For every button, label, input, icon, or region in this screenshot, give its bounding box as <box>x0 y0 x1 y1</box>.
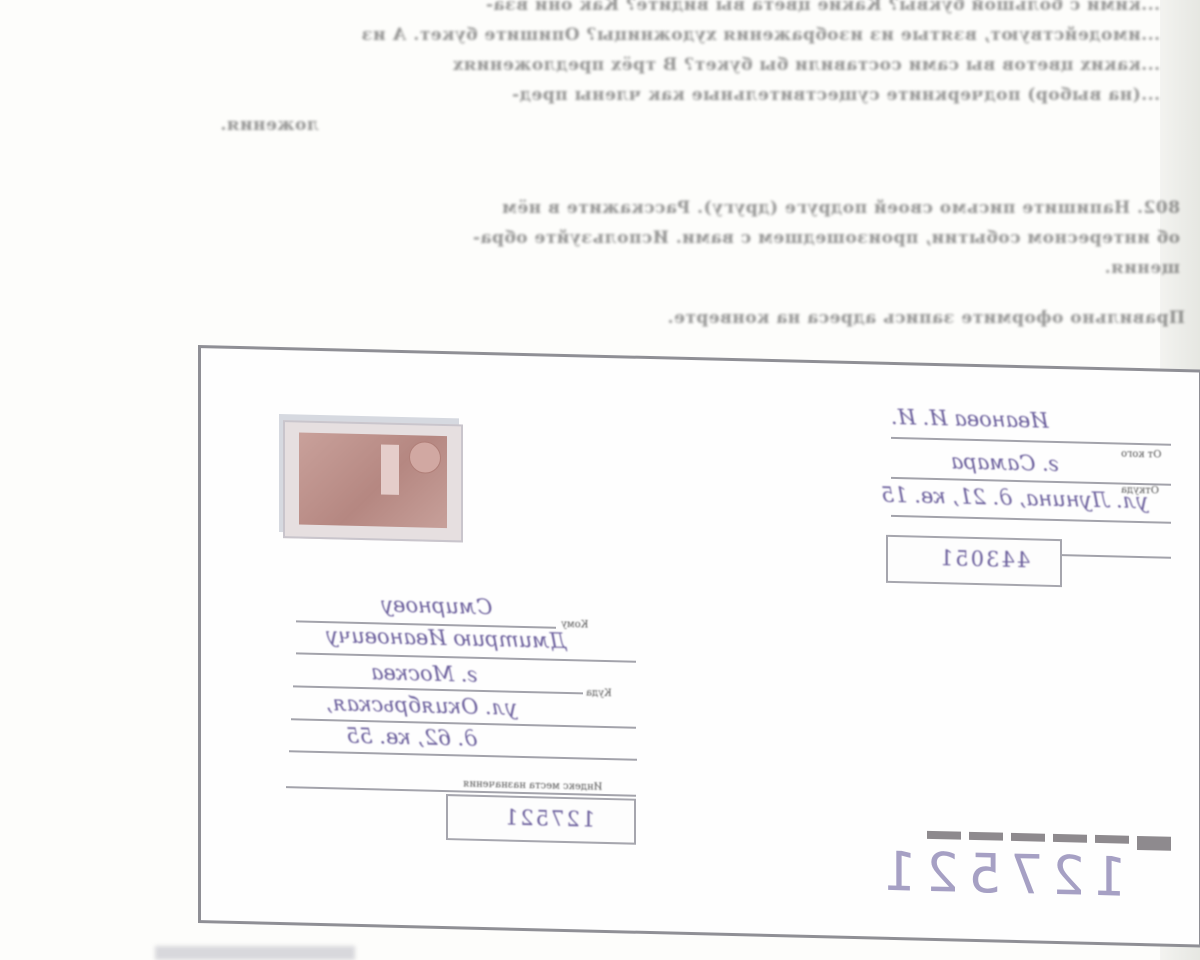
postage-stamp <box>283 420 463 542</box>
recipient-city: г. Москва <box>371 660 478 687</box>
stamp-image <box>299 432 447 528</box>
recipient-house: д. 62, кв. 55 <box>346 724 478 751</box>
sender-postcode-box: 443051 <box>886 535 1062 587</box>
footer-text-fragment <box>155 946 355 960</box>
exercise-number: 802 <box>1143 198 1180 218</box>
stamp-tower-graphic <box>381 444 399 494</box>
postcode-stencil: 1 2 7 5 2 1 <box>901 830 1171 917</box>
exercise-paragraph: 802. Напишите письмо своей подруге (друг… <box>220 193 1180 283</box>
recipient-name-line2: Дмитрию Ивановичу <box>326 623 567 653</box>
envelope: Иванова И. И. От кого г. Самара Откуда у… <box>198 345 1200 948</box>
recipient-block: Смирнову Кому Дмитрию Ивановичу г. Москв… <box>201 348 1199 372</box>
sender-name: Иванова И. И. <box>891 405 1049 433</box>
instruction-text: Правильно оформите запись адреса на конв… <box>505 303 1185 333</box>
sender-block: Иванова И. И. От кого г. Самара Откуда у… <box>201 348 1199 372</box>
recipient-postcode-box: 127521 <box>446 794 636 845</box>
recipient-postcode: 127521 <box>503 805 595 831</box>
sender-postcode: 443051 <box>938 546 1030 572</box>
recipient-street: ул. Окиябрьская, <box>326 691 517 720</box>
stamp-emblem <box>409 441 441 474</box>
textbook-page: ...кими с большой буквы? Какие цвета вы … <box>0 0 1200 960</box>
recipient-name-line1: Смирнову <box>381 592 492 619</box>
sender-city: г. Самара <box>951 449 1059 476</box>
sender-street: ул. Лунина, д. 21, кв. 15 <box>881 483 1148 514</box>
paragraph-1: ...кими с большой буквы? Какие цвета вы … <box>220 0 1160 140</box>
